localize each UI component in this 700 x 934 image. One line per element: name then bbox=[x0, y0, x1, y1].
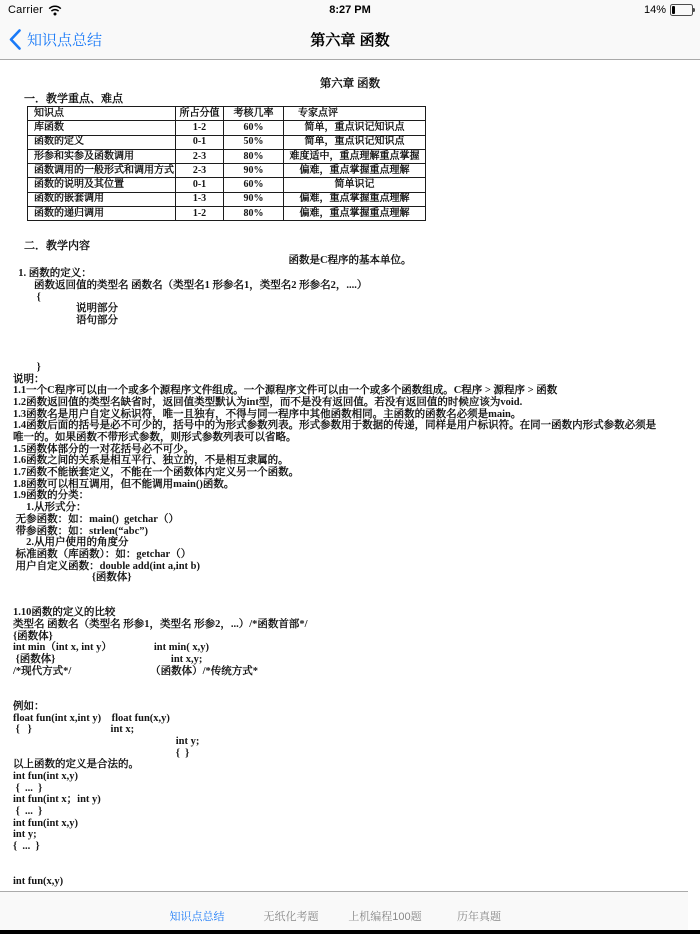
doc-text-line: int fun(x,y) bbox=[13, 876, 700, 888]
table-cell: 50% bbox=[224, 135, 284, 149]
table-cell: 函数的嵌套调用 bbox=[28, 192, 176, 206]
table-cell: 形参和实参及函数调用 bbox=[28, 149, 176, 163]
table-cell: 1-3 bbox=[176, 192, 224, 206]
table-header-row: 知识点所占分值考核几率专家点评 bbox=[28, 107, 426, 121]
doc-text-line: {函数体} int x,y; bbox=[13, 654, 700, 666]
page-title: 第六章 函数 bbox=[0, 20, 700, 59]
table-header-cell: 考核几率 bbox=[224, 107, 284, 121]
doc-text-line: { bbox=[13, 292, 700, 304]
top-chrome: Carrier 8:27 PM 14% bbox=[0, 0, 700, 60]
doc-text-line: 语句部分 bbox=[13, 315, 700, 327]
doc-section1-heading: 一．教学重点、难点 bbox=[24, 90, 700, 104]
doc-text-line: 1.5函数体部分的一对花括号必不可少。 bbox=[13, 444, 700, 456]
status-bar: Carrier 8:27 PM 14% bbox=[0, 0, 700, 20]
doc-text-line: int y; bbox=[13, 736, 700, 748]
status-time: 8:27 PM bbox=[0, 4, 700, 16]
doc-text-line: 1.从形式分： bbox=[13, 502, 700, 514]
doc-text-line bbox=[13, 853, 700, 865]
table-row: 库函数1-260%简单，重点识记知识点 bbox=[28, 121, 426, 135]
doc-text-line: } bbox=[13, 362, 700, 374]
table-cell: 函数的说明及其位置 bbox=[28, 178, 176, 192]
table-cell: 偏难，重点掌握重点理解 bbox=[284, 207, 426, 221]
document-scroll-area[interactable]: 第六章 函数 一．教学重点、难点 知识点所占分值考核几率专家点评 库函数1-26… bbox=[0, 60, 700, 891]
doc-text-line: { ... } bbox=[13, 806, 700, 818]
doc-text-line bbox=[13, 327, 700, 339]
table-cell: 库函数 bbox=[28, 121, 176, 135]
doc-text-line: 例如： bbox=[13, 701, 700, 713]
doc-text-line: 用户自定义函数：double add(int a,int b) bbox=[13, 561, 700, 573]
doc-text-line: 1.8函数可以相互调用，但不能调用main()函数。 bbox=[13, 479, 700, 491]
doc-text-line: { ... } bbox=[13, 783, 700, 795]
doc-text-line bbox=[13, 350, 700, 362]
doc-text-line: 说明部分 bbox=[13, 303, 700, 315]
table-cell: 1-2 bbox=[176, 207, 224, 221]
doc-text-line: int min（int x, int y） int min( x,y) bbox=[13, 642, 700, 654]
doc-text-line: 1.6函数之间的关系是相互平行、独立的，不是相互隶属的。 bbox=[13, 455, 700, 467]
table-cell: 2-3 bbox=[176, 164, 224, 178]
table-cell: 偏难，重点掌握重点理解 bbox=[284, 192, 426, 206]
table-cell: 简单识记 bbox=[284, 178, 426, 192]
tab-bar: 知识点总结无纸化考题上机编程100题历年真题 bbox=[0, 891, 688, 930]
doc-text-line bbox=[13, 677, 700, 689]
table-cell: 0-1 bbox=[176, 178, 224, 192]
doc-text-line: int y; bbox=[13, 829, 700, 841]
table-cell: 60% bbox=[224, 121, 284, 135]
doc-text-line: 1.7函数不能嵌套定义，不能在一个函数体内定义另一个函数。 bbox=[13, 467, 700, 479]
battery-percent-label: 14% bbox=[644, 4, 666, 16]
doc-text-line bbox=[13, 596, 700, 608]
navigation-bar: 知识点总结 第六章 函数 bbox=[0, 20, 700, 59]
doc-text-line: 标准函数（库函数）：如：getchar（） bbox=[13, 549, 700, 561]
table-row: 函数调用的一般形式和调用方式2-390%偏难，重点掌握重点理解 bbox=[28, 164, 426, 178]
doc-text-line bbox=[13, 339, 700, 351]
table-row: 函数的说明及其位置0-160%简单识记 bbox=[28, 178, 426, 192]
table-row: 函数的递归调用1-280%偏难，重点掌握重点理解 bbox=[28, 207, 426, 221]
table-cell: 60% bbox=[224, 178, 284, 192]
table-cell: 简单，重点识记知识点 bbox=[284, 121, 426, 135]
table-cell: 2-3 bbox=[176, 149, 224, 163]
doc-text-line: int fun(int x,y) bbox=[13, 818, 700, 830]
doc-text-line: 1.4函数后面的括号是必不可少的，括号中的为形式参数列表。形式参数用于数据的传递… bbox=[13, 420, 700, 432]
doc-text-line: 带参函数：如：strlen(“abc”) bbox=[13, 526, 700, 538]
doc-text-line: 2.从用户使用的角度分 bbox=[13, 537, 700, 549]
table-cell: 简单，重点识记知识点 bbox=[284, 135, 426, 149]
table-header-cell: 所占分值 bbox=[176, 107, 224, 121]
tab-item[interactable]: 上机编程100题 bbox=[338, 908, 432, 924]
doc-text-line: {函数体} bbox=[13, 631, 700, 643]
tab-item[interactable]: 无纸化考题 bbox=[244, 908, 338, 924]
tab-item[interactable]: 知识点总结 bbox=[150, 908, 244, 924]
doc-text-line: /*现代方式*/ （函数体）/*传统方式* bbox=[13, 666, 700, 678]
table-row: 形参和实参及函数调用2-380%难度适中，重点理解重点掌握 bbox=[28, 149, 426, 163]
doc-text-line: 1.10函数的定义的比较 bbox=[13, 607, 700, 619]
doc-text-line: int fun(int x；int y) bbox=[13, 794, 700, 806]
table-header-cell: 知识点 bbox=[28, 107, 176, 121]
doc-text-line: { } bbox=[13, 748, 700, 760]
app-screen: Carrier 8:27 PM 14% bbox=[0, 0, 700, 934]
doc-text-line: float fun(int x,int y) float fun(x,y) bbox=[13, 713, 700, 725]
doc-text-line: 1.1一个C程序可以由一个或多个源程序文件组成。一个源程序文件可以由一个或多个函… bbox=[13, 385, 700, 397]
doc-text-line: 1. 函数的定义： bbox=[13, 268, 700, 280]
doc-text-line: 1.3函数名是用户自定义标识符，唯一且独有，不得与同一程序中其他函数相同。主函数… bbox=[13, 409, 700, 421]
table-row: 函数的定义0-150%简单，重点识记知识点 bbox=[28, 135, 426, 149]
doc-text-line: 唯一的。如果函数不带形式参数，则形式参数列表可以省略。 bbox=[13, 432, 700, 444]
doc-text-line: 无参函数：如：main() getchar（） bbox=[13, 514, 700, 526]
doc-text-line: 说明： bbox=[13, 374, 700, 386]
doc-text-line: {函数体} bbox=[13, 572, 700, 584]
doc-intro-line: 函数是C程序的基本单位。 bbox=[0, 252, 700, 266]
table-cell: 80% bbox=[224, 149, 284, 163]
tab-item[interactable]: 历年真题 bbox=[432, 908, 526, 924]
table-cell: 0-1 bbox=[176, 135, 224, 149]
doc-text-line: 1.2函数返回值的类型名缺省时，返回值类型默认为int型，而不是没有返回值。若没… bbox=[13, 397, 700, 409]
table-cell: 1-2 bbox=[176, 121, 224, 135]
doc-body-text: 1. 函数的定义： 函数返回值的类型名 函数名（类型名1 形参名1，类型名2 形… bbox=[13, 268, 700, 887]
doc-text-line: 1.9函数的分类： bbox=[13, 490, 700, 502]
table-cell: 90% bbox=[224, 192, 284, 206]
knowledge-points-table: 知识点所占分值考核几率专家点评 库函数1-260%简单，重点识记知识点函数的定义… bbox=[27, 106, 426, 221]
doc-text-line: 函数返回值的类型名 函数名（类型名1 形参名1，类型名2 形参名2，....） bbox=[13, 280, 700, 292]
doc-text-line bbox=[13, 689, 700, 701]
doc-text-line: { ... } bbox=[13, 841, 700, 853]
doc-text-line: int fun(int x,y) bbox=[13, 771, 700, 783]
table-cell: 函数的递归调用 bbox=[28, 207, 176, 221]
table-cell: 函数的定义 bbox=[28, 135, 176, 149]
doc-text-line: 类型名 函数名（类型名 形参1，类型名 形参2，...）/*函数首部*/ bbox=[13, 619, 700, 631]
battery-icon bbox=[670, 4, 693, 16]
screen-bottom-strip bbox=[0, 930, 700, 934]
doc-text-line: 以上函数的定义是合法的。 bbox=[13, 759, 700, 771]
table-cell: 90% bbox=[224, 164, 284, 178]
table-cell: 难度适中，重点理解重点掌握 bbox=[284, 149, 426, 163]
table-cell: 80% bbox=[224, 207, 284, 221]
doc-text-line bbox=[13, 864, 700, 876]
doc-chapter-title: 第六章 函数 bbox=[0, 75, 700, 89]
table-cell: 偏难，重点掌握重点理解 bbox=[284, 164, 426, 178]
doc-text-line bbox=[13, 584, 700, 596]
table-row: 函数的嵌套调用1-390%偏难，重点掌握重点理解 bbox=[28, 192, 426, 206]
table-cell: 函数调用的一般形式和调用方式 bbox=[28, 164, 176, 178]
doc-section2-heading: 二．教学内容 bbox=[24, 237, 700, 251]
doc-text-line: { } int x; bbox=[13, 724, 700, 736]
table-header-cell: 专家点评 bbox=[284, 107, 426, 121]
battery-group: 14% bbox=[644, 4, 693, 16]
